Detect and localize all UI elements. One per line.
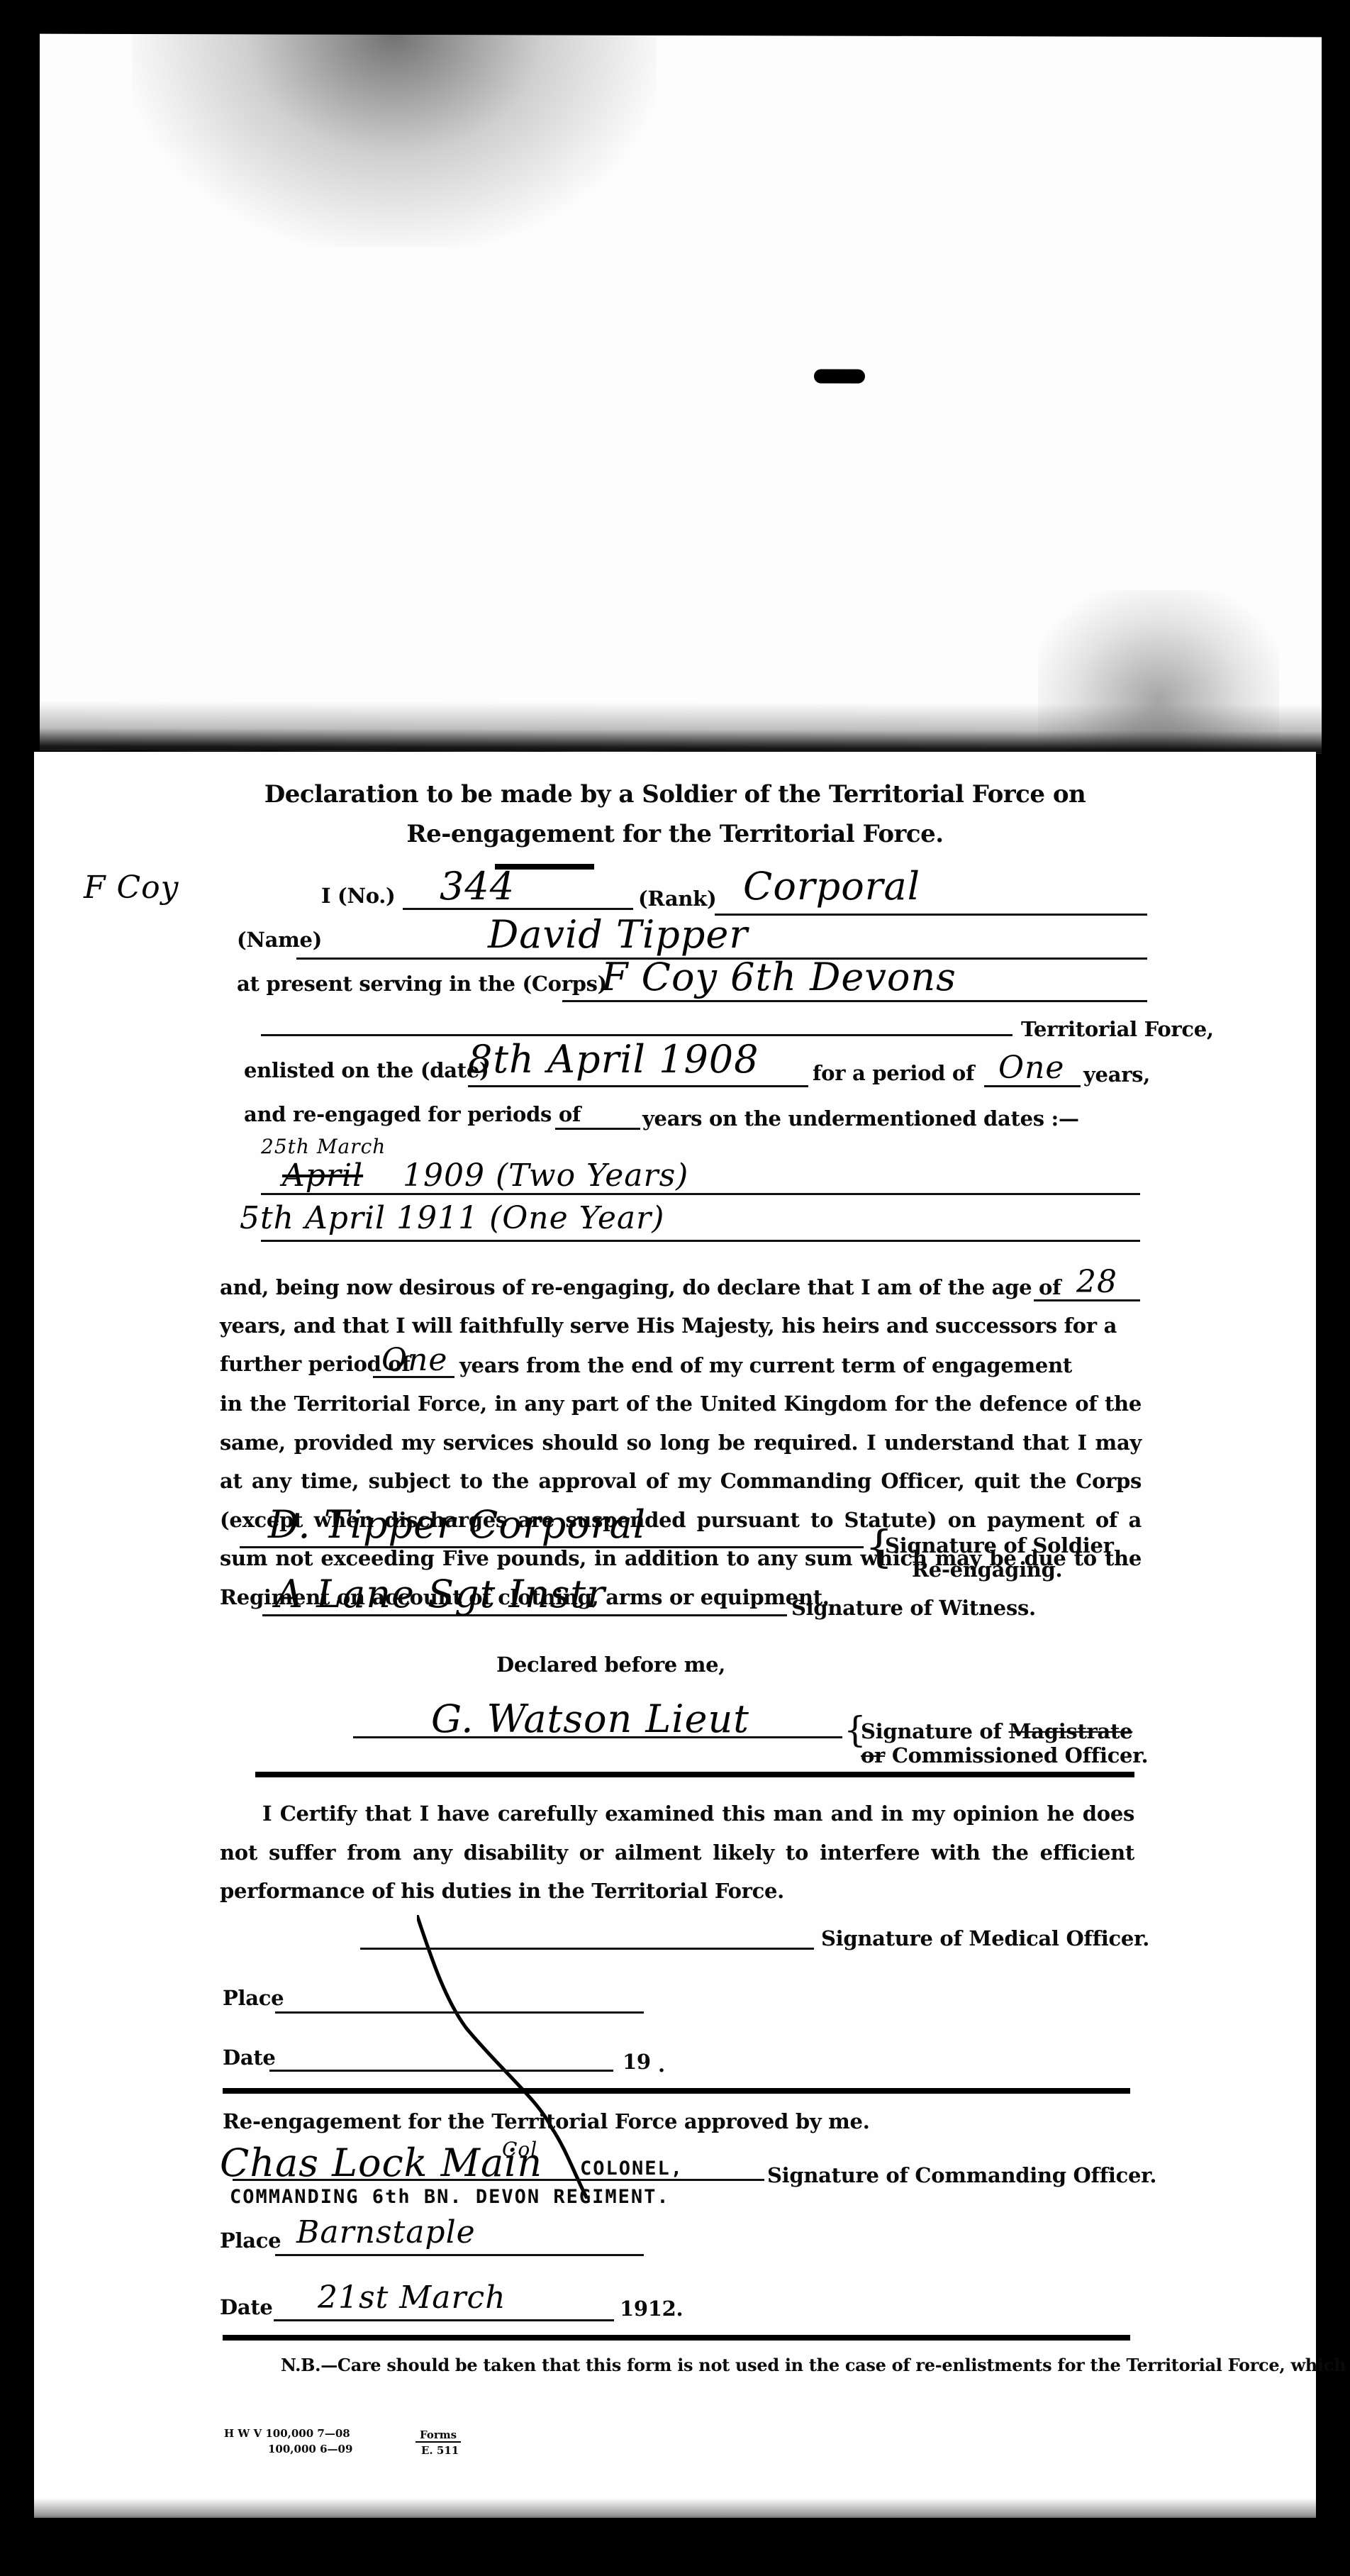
- age-text: and, being now desirous of re-engaging, …: [220, 1275, 1061, 1299]
- approval-date-line: [274, 2319, 614, 2321]
- soldier-signature-label: Signature of Soldier: [885, 1533, 1114, 1558]
- approval-heading: Re-engagement for the Territorial Force …: [223, 2109, 870, 2133]
- witness-signature: A Lane Sgt Instr: [275, 1572, 606, 1616]
- struck-text: or: [861, 1743, 885, 1767]
- corps-line-2: [261, 1034, 1012, 1036]
- reengaged-suffix: years on the undermentioned dates :—: [642, 1106, 1079, 1131]
- co-rank-stamp: COLONEL,: [580, 2158, 684, 2180]
- section-divider: [255, 1772, 1134, 1777]
- section-divider: [223, 2088, 1130, 2094]
- section-divider: [223, 2335, 1130, 2341]
- corps-line: [562, 1000, 1147, 1002]
- margin-note: F Coy: [84, 870, 179, 906]
- medical-date-label: Date: [223, 2045, 276, 2070]
- age-value: 28: [1076, 1264, 1117, 1300]
- forms-label: Forms: [415, 2428, 461, 2443]
- approval-place-value: Barnstaple: [296, 2214, 476, 2250]
- declaration-line-3: years from the end of my current term of…: [459, 1353, 1072, 1377]
- declared-before-label: Declared before me,: [496, 1653, 725, 1677]
- number-value: 344: [440, 864, 515, 909]
- years-label: years,: [1083, 1062, 1150, 1087]
- medical-place-label: Place: [223, 1986, 284, 2010]
- fold-line: [40, 701, 1322, 754]
- declaration-line-2: years, and that I will faithfully serve …: [220, 1314, 1142, 1338]
- form-title: Declaration to be made by a Soldier of t…: [34, 780, 1316, 809]
- medical-signature-line: [360, 1948, 814, 1950]
- territorial-force-label: Territorial Force,: [1021, 1017, 1214, 1041]
- corps-value: F Coy 6th Devons: [601, 955, 956, 999]
- period-label: for a period of: [813, 1061, 974, 1085]
- number-label: I (No.): [321, 884, 395, 908]
- date-correction: 25th March: [261, 1135, 386, 1158]
- rank-value: Corporal: [743, 864, 920, 909]
- co-signature-label: Signature of Commanding Officer.: [767, 2163, 1156, 2187]
- punch-mark: [814, 369, 865, 383]
- imprint-line-2: 100,000 6—09: [268, 2443, 352, 2455]
- medical-year-suffix: .: [658, 2053, 665, 2077]
- name-value: David Tipper: [488, 912, 748, 957]
- approval-date-label: Date: [220, 2295, 273, 2319]
- medical-year-prefix: 19: [623, 2050, 651, 2074]
- torn-edge: [34, 2498, 1316, 2526]
- rank-label: (Rank): [638, 887, 716, 911]
- medical-place-field: [275, 2011, 644, 2014]
- enlisted-value: 8th April 1908: [468, 1037, 759, 1082]
- reengaged-label: and re-engaged for periods of: [244, 1102, 581, 1126]
- period-value: One: [998, 1050, 1064, 1086]
- witness-signature-label: Signature of Witness.: [791, 1596, 1036, 1620]
- co-signature-line: [233, 2179, 764, 2181]
- form-number: E. 511: [421, 2444, 459, 2457]
- officer-signature: G. Watson Lieut: [431, 1697, 749, 1741]
- medical-certificate: I Certify that I have carefully examined…: [220, 1794, 1134, 1911]
- approval-year-value: 1912.: [620, 2297, 683, 2321]
- number-line: [403, 908, 633, 910]
- medical-date-field: [269, 2070, 613, 2072]
- folded-flap: [40, 34, 1322, 754]
- name-label: (Name): [237, 928, 322, 952]
- struck-month: April: [282, 1157, 363, 1194]
- reengagement-date-1: 1909 (Two Years): [403, 1157, 688, 1194]
- further-period-value: One: [381, 1342, 447, 1378]
- co-rank-handwritten: Col: [502, 2138, 537, 2161]
- imprint-line-1: H W V 100,000 7—08: [224, 2427, 350, 2440]
- approval-place-label: Place: [220, 2228, 281, 2253]
- approval-date-value: 21st March: [318, 2280, 506, 2316]
- rank-line: [715, 914, 1147, 916]
- date-line-1: [261, 1193, 1140, 1195]
- reengagement-date-2: 5th April 1911 (One Year): [240, 1200, 664, 1236]
- soldier-signature: D. Tipper Corporal: [268, 1502, 646, 1547]
- form-page: Declaration to be made by a Soldier of t…: [34, 752, 1316, 2518]
- struck-text: Magistrate: [1008, 1719, 1132, 1743]
- officer-label-2: or Commissioned Officer.: [861, 1743, 1148, 1767]
- approval-place-line: [275, 2254, 644, 2256]
- stain-mark: [132, 34, 657, 248]
- enlisted-line: [468, 1085, 808, 1087]
- soldier-signature-label-2: Re-engaging.: [912, 1558, 1062, 1582]
- form-subtitle: Re-engagement for the Territorial Force.: [34, 820, 1316, 848]
- nb-note: N.B.—Care should be taken that this form…: [224, 2353, 1125, 2377]
- reengaged-line: [555, 1128, 640, 1130]
- enlisted-label: enlisted on the (date): [244, 1058, 489, 1082]
- officer-label: Signature of Magistrate: [861, 1719, 1132, 1743]
- co-unit-stamp: COMMANDING 6th BN. DEVON REGIMENT.: [230, 2186, 670, 2208]
- date-line-2: [261, 1240, 1140, 1242]
- corps-label: at present serving in the (Corps): [237, 972, 607, 996]
- medical-signature-label: Signature of Medical Officer.: [821, 1926, 1149, 1950]
